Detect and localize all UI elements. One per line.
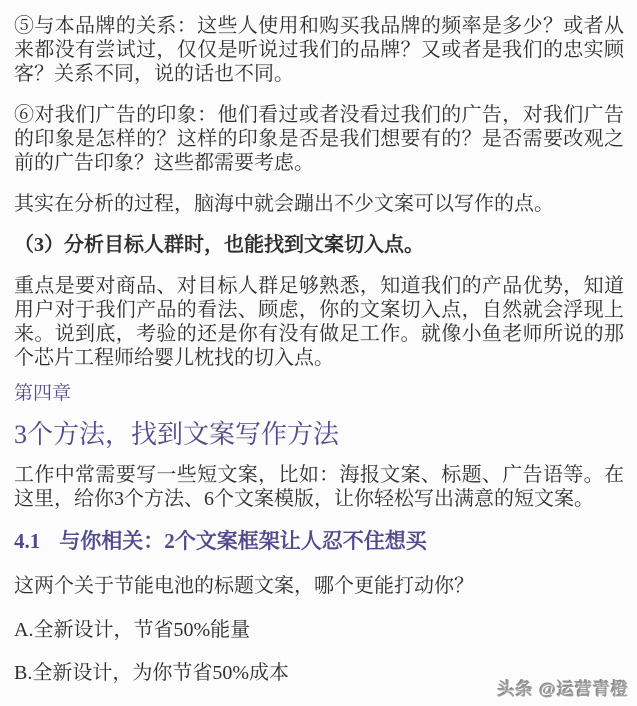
paragraph-brand-relation: ⑤与本品牌的关系：这些人使用和购买我品牌的频率是多少？或者从来都没有尝试过，仅仅… [14,14,624,86]
document-page: ⑤与本品牌的关系：这些人使用和购买我品牌的频率是多少？或者从来都没有尝试过，仅仅… [0,0,637,706]
watermark: 头条 @运营青橙 [498,675,629,700]
chapter-label: 第四章 [14,382,624,406]
option-a: A.全新设计，节省50%能量 [14,618,624,642]
subheading-target-audience: （3）分析目标人群时，也能找到文案切入点。 [14,233,624,257]
paragraph-key-point: 重点是要对商品、对目标人群足够熟悉，知道我们的产品优势，知道用户对于我们产品的看… [14,274,624,370]
chapter-title: 3个方法，找到文案写作方法 [14,420,624,450]
watermark-text: 头条 @运营青橙 [498,680,629,699]
paragraph-analysis-note: 其实在分析的过程，脑海中就会蹦出不少文案可以写作的点。 [14,192,624,216]
paragraph-ad-impression: ⑥对我们广告的印象：他们看过或者没看过我们的广告，对我们广告的印象是怎样的？这样… [14,103,624,175]
paragraph-question: 这两个关于节能电池的标题文案，哪个更能打动你？ [14,574,624,598]
section-heading: 4.1与你相关：2个文案框架让人忍不住想买 [14,528,624,554]
section-title: 与你相关：2个文案框架让人忍不住想买 [59,529,427,553]
section-number: 4.1 [14,529,40,553]
paragraph-chapter-intro: 工作中常需要写一些短文案，比如：海报文案、标题、广告语等。在这里，给你3个方法、… [14,463,624,511]
